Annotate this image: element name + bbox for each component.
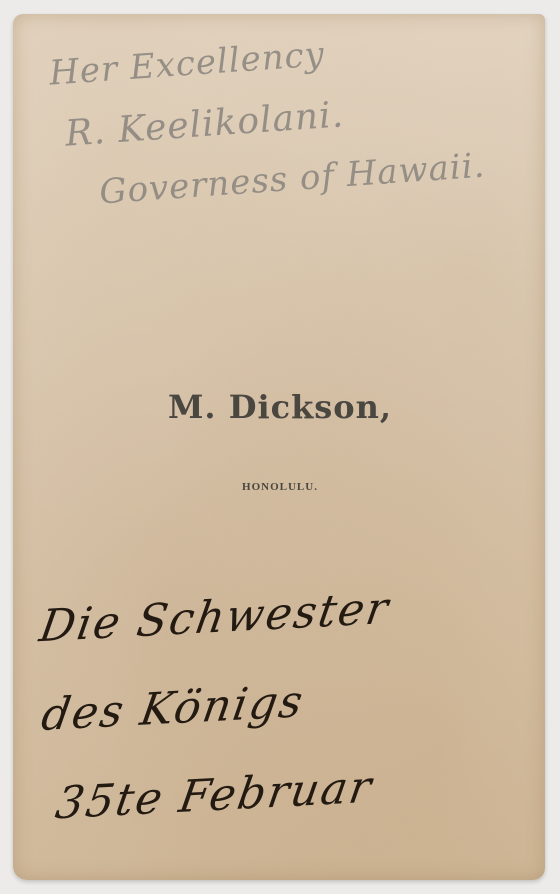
studio-imprint-city: HONOLULU. [0,481,560,493]
pencil-inscription-line-3: Governess of Hawaii. [98,146,487,213]
pencil-inscription-line-1: Her Excellency [48,34,326,93]
pencil-inscription-line-2: R. Keelikolani. [64,94,345,154]
photo-card-back: Her Excellency R. Keelikolani. Governess… [13,14,545,880]
studio-imprint-name: M. Dickson, [0,388,560,426]
